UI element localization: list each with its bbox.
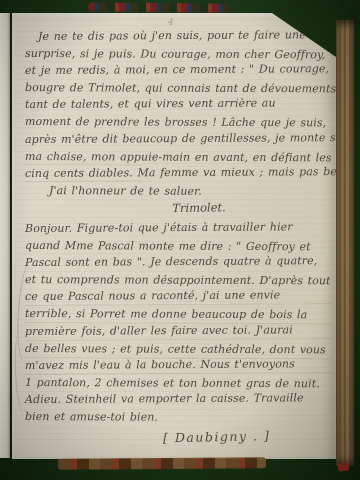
- letter-line: première fois, d'aller les faire avec to…: [25, 321, 333, 340]
- trimolet-signature: Trimolet.: [25, 196, 333, 219]
- letter-line: Adieu. Steinheil va emporter la caisse. …: [25, 389, 333, 408]
- letter-line: cinq cents diables. Ma femme va mieux ; …: [25, 163, 333, 182]
- letter-line: Pascal sont en bas ". Je descends quatre…: [25, 252, 333, 271]
- book-edge-marbling-top: [88, 2, 230, 12]
- letter-line: après m'être dit beaucoup de gentillesse…: [25, 129, 333, 148]
- book-edge-marbling-bottom: [58, 457, 266, 469]
- facing-page-edge: [0, 13, 10, 458]
- book-fore-edge: [336, 20, 354, 466]
- letter-line: Bonjour. Figure-toi que j'étais à travai…: [25, 218, 333, 237]
- letter-line: et je me redis, à moi, en ce moment : " …: [25, 60, 333, 79]
- manuscript-photograph: 4 Je ne te dis pas où j'en suis, pour te…: [0, 0, 360, 480]
- marbling-red-speck: [337, 462, 349, 471]
- letter-line: ce que Pascal nous a raconté, j'ai une e…: [25, 286, 333, 305]
- letter-body-part2: Bonjour. Figure-toi que j'étais à travai…: [25, 220, 333, 425]
- manuscript-page: 4 Je ne te dis pas où j'en suis, pour te…: [12, 13, 336, 459]
- letter-body-part1: Je ne te dis pas où j'en suis, pour te f…: [25, 28, 333, 199]
- letter-line: tant de talents, et qui vires vent arriè…: [25, 94, 333, 113]
- letter-line: Je ne te dis pas où j'en suis, pour te f…: [25, 26, 333, 45]
- letter-line: bien et amuse-toi bien.: [25, 408, 333, 426]
- letter-line: m'avez mis l'eau à la bouche. Nous t'env…: [25, 355, 333, 374]
- letter-text: Je ne te dis pas où j'en suis, pour te f…: [25, 28, 333, 445]
